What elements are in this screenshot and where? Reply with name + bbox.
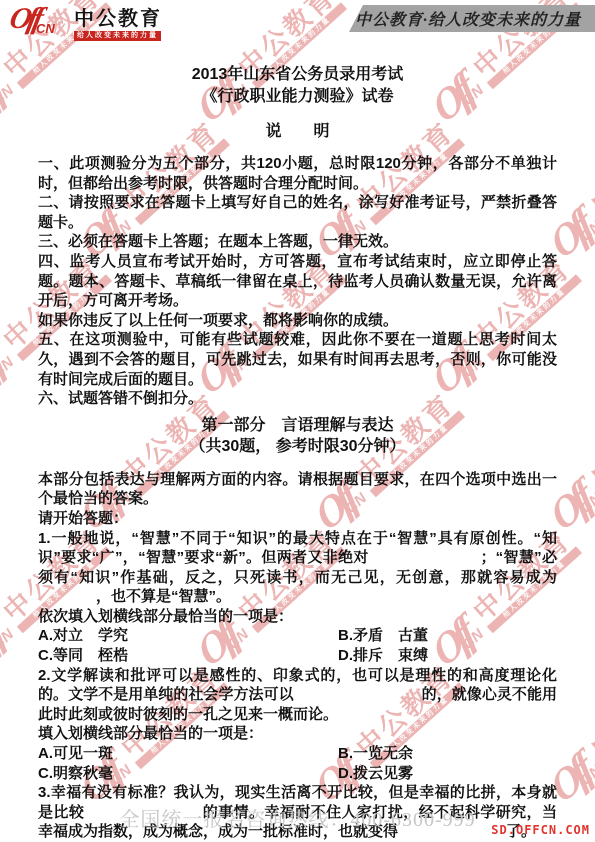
offcn-logo-text: 中公教育 给人改变未来的力量 (74, 8, 162, 41)
document-body: 2013年山东省公务员录用考试 《行政职业能力测验》试卷 说 明 一、此项测验分… (0, 64, 595, 842)
exam-paper-page: OffCN中公教育给人改变未来的力量OffCN中公教育给人改变未来的力量OffC… (0, 0, 595, 842)
offcn-logo: Off CN 中公教育 给人改变未来的力量 (10, 6, 162, 41)
header-slogan-band: 中公教育·给人改变未来的力量 (341, 5, 595, 32)
question-1-stem: 依次填入划横线部分最恰当的一项是： (38, 607, 557, 627)
q1-blank-2 (38, 600, 96, 601)
part1-subtitle: （共30题， 参考时限30分钟） (38, 436, 557, 457)
q1-option-C: C.等同 桎梏 (38, 646, 338, 666)
question-1-text: 1.一般地说，“智慧”不同于“知识”的最大特点在于“智慧”具有原创性。“知识”要… (38, 529, 557, 607)
q1-segment-3: ，也不算是“智慧”。 (96, 588, 231, 605)
question-1-options: A.对立 学究 B.矛盾 古董 C.等同 桎梏 D.排斥 束缚 (38, 626, 557, 665)
question-2-stem: 填入划横线部分最恰当的一项是： (38, 724, 557, 744)
part1-intro: 本部分包括表达与理解两方面的内容。请根据题目要求，在四个选项中选出一个最恰当的答… (38, 470, 557, 509)
notes-heading: 说 明 (38, 121, 557, 143)
offcn-logo-icon: Off CN (10, 6, 68, 38)
instruction-item-4: 四、监考人员宣布考试开始时，方可答题，宣布考试结束时，应立即停止答题。题本、答题… (38, 252, 557, 311)
part1-title: 第一部分 言语理解与表达 (38, 415, 557, 436)
instruction-item-3: 三、必须在答题卡上答题；在题本上答题，一律无效。 (38, 232, 557, 252)
instruction-warning: 如果你违反了以上任何一项要求，都将影响你的成绩。 (38, 311, 557, 331)
offcn-logo-cn-glyph: CN (36, 21, 55, 36)
instruction-item-5: 五、在这项测验中，可能有些试题较难，因此你不要在一道题上思考时间太久，遇到不会答… (38, 330, 557, 389)
q2-option-B: B.一览无余 (338, 744, 557, 764)
question-2-options: A.可见一斑 B.一览无余 C.明察秋毫 D.拨云见雾 (38, 744, 557, 783)
question-2-text: 2.文学解读和批评可以是感性的、印象式的，也可以是理性的和高度理论化的。文学不是… (38, 666, 557, 725)
instruction-item-1: 一、此项测验分为五个部分，共120小题，总时限120分钟，各部分不单独计时，但都… (38, 154, 557, 193)
begin-answering-label: 请开始答题： (38, 509, 557, 529)
site-url-text: SD.OFFCN.COM (491, 823, 590, 837)
q1-blank-1 (369, 561, 481, 562)
q2-option-D: D.拨云见雾 (338, 764, 557, 784)
header: Off CN 中公教育 给人改变未来的力量 中公教育·给人改变未来的力量 (0, 0, 595, 42)
q1-option-D: D.排斥 束缚 (338, 646, 557, 666)
brand-name: 中公教育 (74, 8, 162, 30)
q1-option-B: B.矛盾 古董 (338, 626, 557, 646)
doc-title-line1: 2013年山东省公务员录用考试 (38, 64, 557, 86)
q2-option-C: C.明察秋毫 (38, 764, 338, 784)
header-slogan-text: 中公教育·给人改变未来的力量 (355, 7, 581, 30)
doc-title-line2: 《行政职业能力测验》试卷 (38, 86, 557, 108)
brand-slogan-ribbon: 给人改变未来的力量 (74, 31, 161, 41)
q1-option-A: A.对立 学究 (38, 626, 338, 646)
title-block: 2013年山东省公务员录用考试 《行政职业能力测验》试卷 (38, 64, 557, 108)
instruction-item-6: 六、试题答错不倒扣分。 (38, 389, 557, 409)
q2-option-A: A.可见一斑 (38, 744, 338, 764)
q3-blank-2 (398, 835, 506, 836)
q2-blank-1 (294, 698, 422, 699)
instruction-item-2: 二、请按照要求在答题卡上填写好自己的姓名，涂写好准考证号，严禁折叠答题卡。 (38, 193, 557, 232)
